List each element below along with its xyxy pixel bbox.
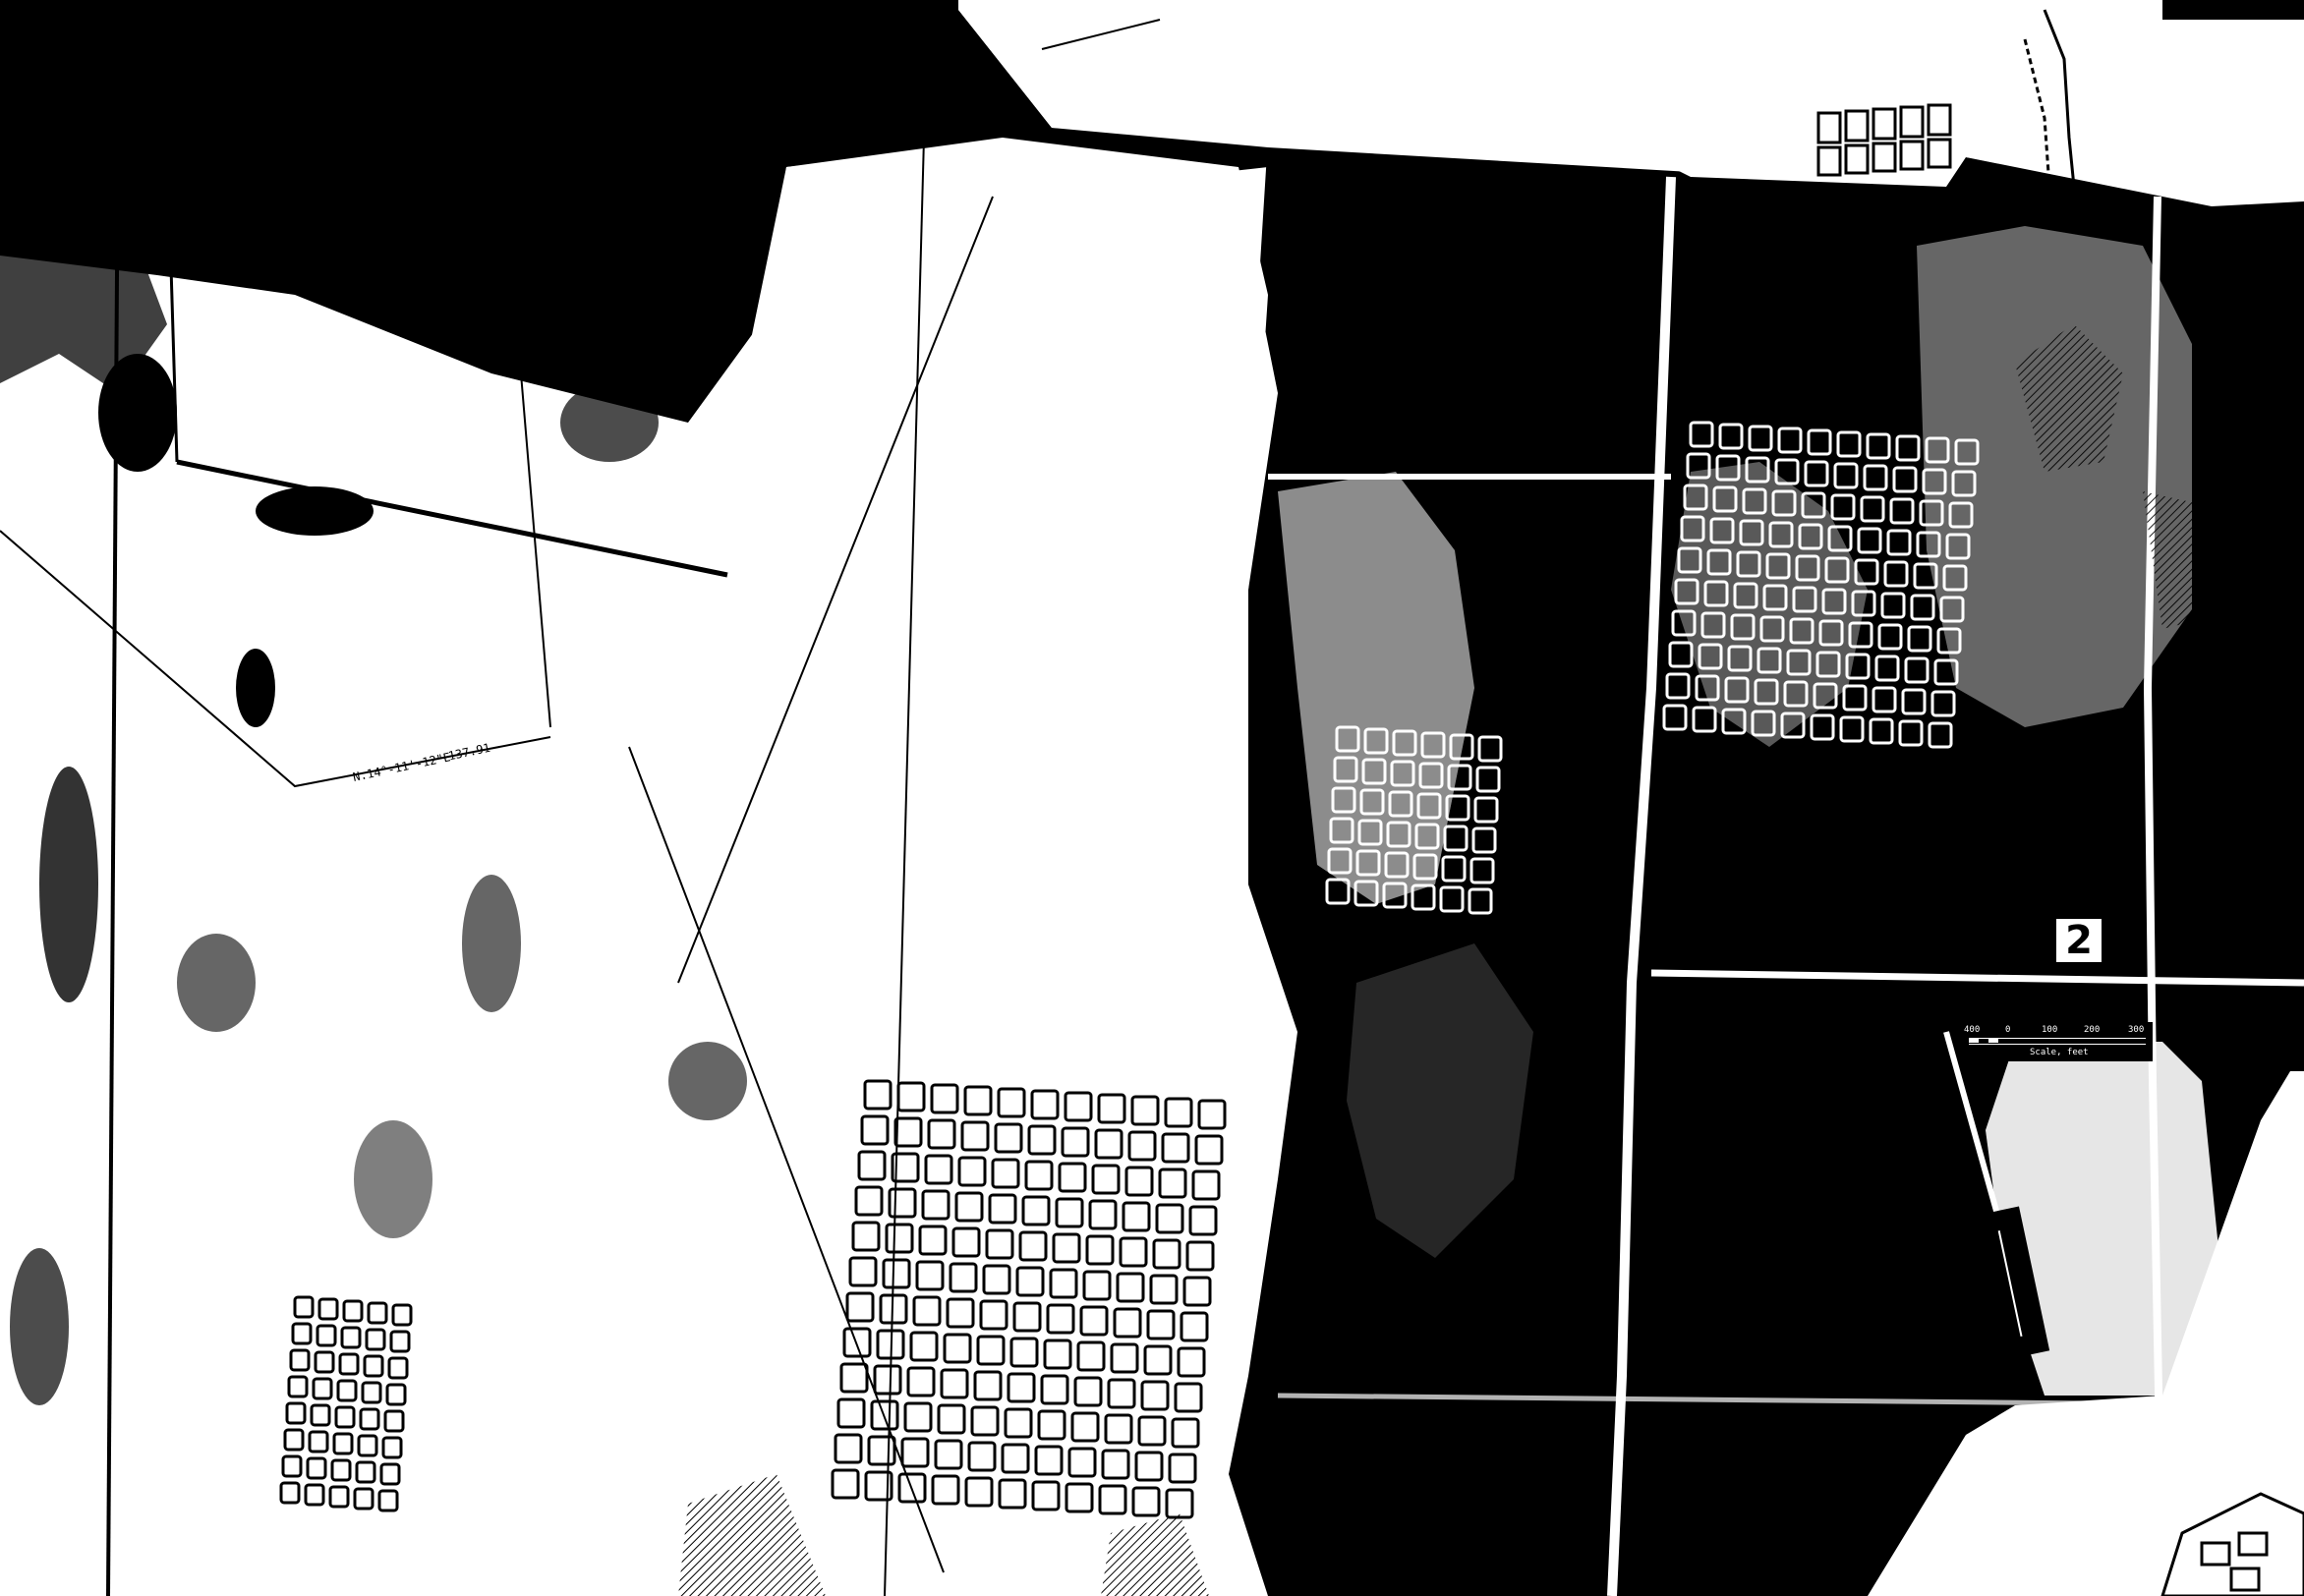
scale-tick: 0 [2005, 1025, 2010, 1035]
legend-strip-line [1998, 1229, 2027, 1337]
scale-caption: Scale, feet [2030, 1048, 2089, 1057]
street-grid-bottom-left [281, 1297, 411, 1510]
scale-tick: 200 [2084, 1025, 2100, 1035]
plate-number-label: 2 [2056, 919, 2102, 962]
street-grid-bottom-right [2162, 1494, 2304, 1596]
scale-bar: 400 0 100 200 300 Scale, feet [1961, 1022, 2153, 1061]
light-central-strip [708, 138, 1268, 1179]
scale-tick: 400 [1964, 1025, 1980, 1035]
scale-tick: 100 [2042, 1025, 2057, 1035]
aerial-map-mosaic [0, 0, 2304, 1596]
scale-tick: 300 [2128, 1025, 2144, 1035]
scale-line [1969, 1038, 2146, 1045]
